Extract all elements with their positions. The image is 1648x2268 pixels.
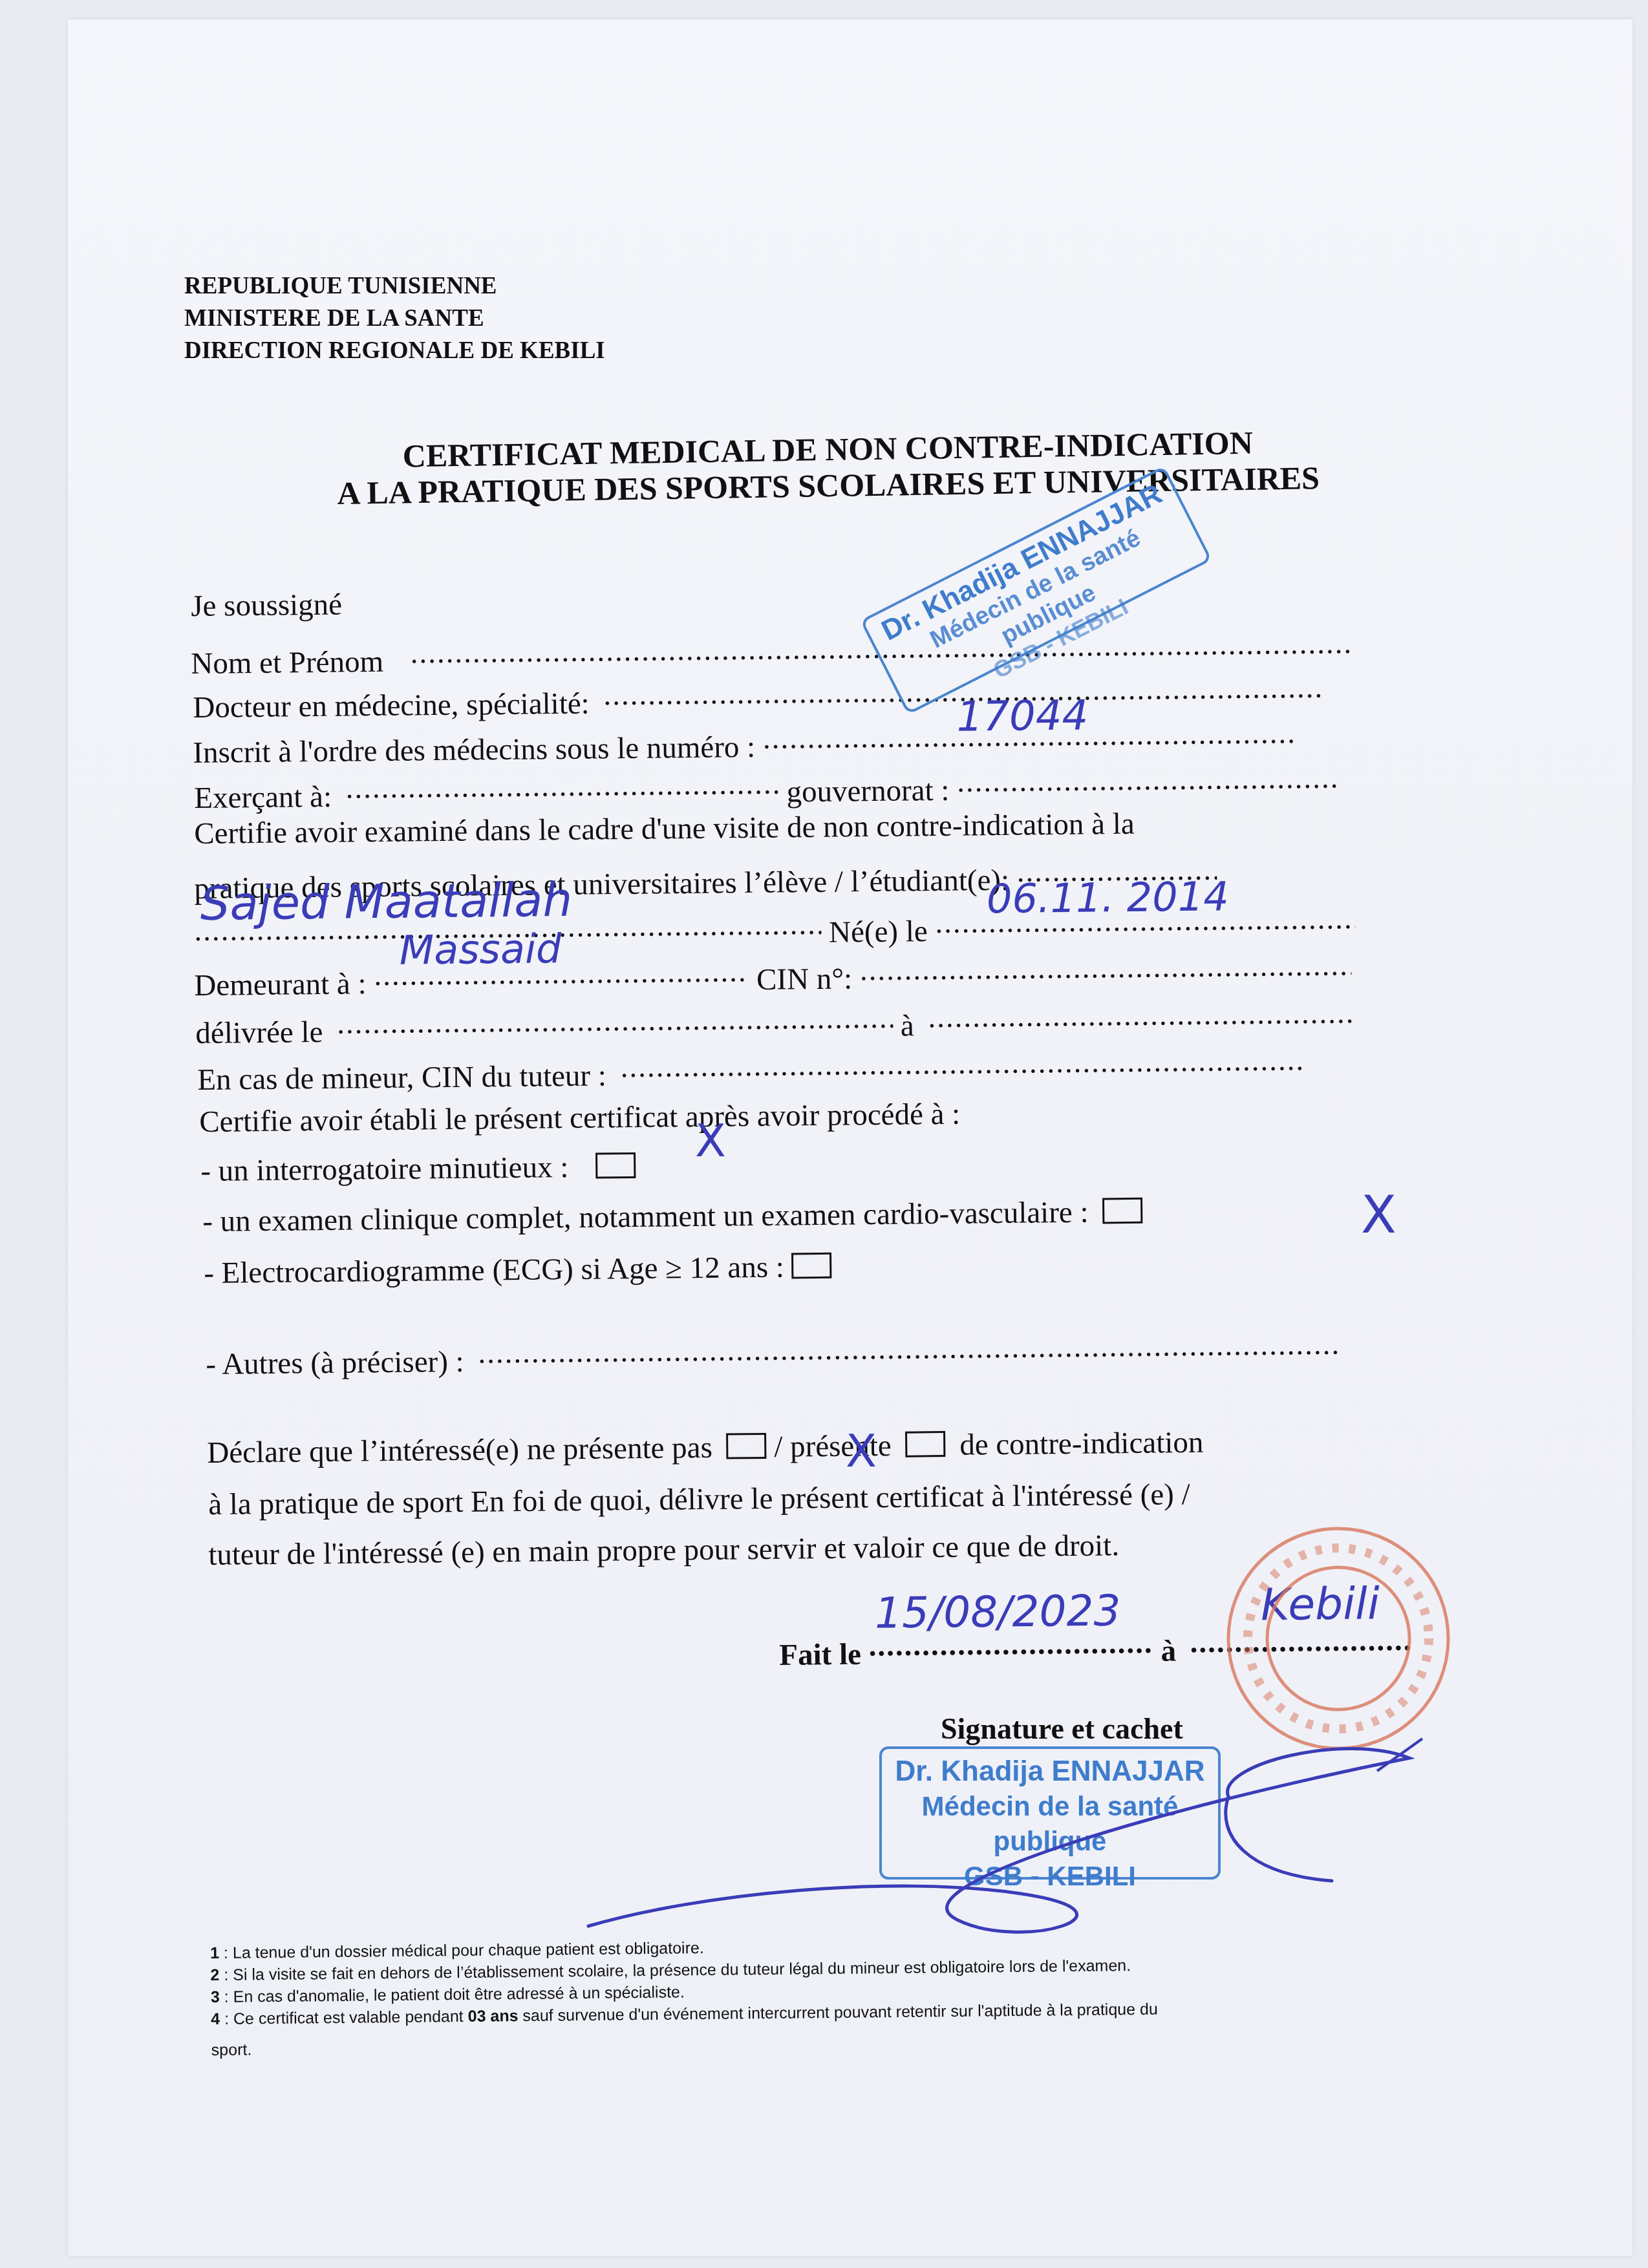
cin-label: CIN n°:	[756, 962, 853, 997]
gouvernorat-label: gouvernorat :	[786, 774, 949, 809]
ne-presente-pas-checkbox[interactable]	[726, 1433, 766, 1459]
declare-prefix: Déclare que l’intéressé(e) ne présente p…	[207, 1431, 712, 1470]
interrogatoire-checkbox[interactable]	[595, 1152, 636, 1179]
demeurant-value: Massaid	[400, 931, 562, 969]
je-soussigne: Je soussigné	[191, 587, 342, 624]
presente-checkbox[interactable]	[905, 1431, 945, 1457]
ne-presente-pas-checkmark-icon: X	[846, 1428, 877, 1474]
declare-suffix: de contre-indication	[959, 1426, 1204, 1462]
autres-label: - Autres (à préciser) :	[206, 1345, 464, 1381]
ne-le-label: Né(e) le	[829, 915, 928, 949]
interrogatoire-label: - un interrogatoire minutieux :	[200, 1150, 569, 1188]
nom-prenom-label: Nom et Prénom	[191, 645, 383, 681]
ordre-label: Inscrit à l'ordre des médecins sous le n…	[193, 730, 755, 770]
ne-le-value: 06.11. 2014	[987, 878, 1229, 917]
ecg-checkbox[interactable]	[791, 1253, 831, 1279]
doctor-signature-icon	[569, 1680, 1474, 1952]
header-republic: REPUBLIQUE TUNISIENNE	[184, 270, 605, 302]
ecg-label: - Electrocardiogramme (ECG) si Age ≥ 12 …	[204, 1251, 784, 1290]
exercant-input[interactable]	[345, 766, 779, 807]
ne-le-input[interactable]: 06.11. 2014	[935, 900, 1356, 949]
exercant-label: Exerçant à:	[194, 780, 332, 815]
specialite-label: Docteur en médecine, spécialité:	[193, 687, 590, 725]
header-direction: DIRECTION REGIONALE DE KEBILI	[184, 335, 605, 367]
ordre-input[interactable]: 17044	[763, 715, 1294, 765]
fait-le-input[interactable]: 15/08/2023	[868, 1625, 1153, 1673]
fait-a-label: à	[1161, 1635, 1176, 1668]
interrogatoire-checkmark-icon: X	[695, 1118, 726, 1163]
tuteur-label: En cas de mineur, CIN du tuteur :	[197, 1059, 606, 1097]
tuteur-input[interactable]	[620, 1042, 1306, 1085]
delivree-a-input[interactable]	[928, 995, 1355, 1035]
demeurant-label: Demeurant à :	[194, 967, 367, 1002]
delivree-input[interactable]	[337, 1000, 894, 1042]
header-ministry: MINISTERE DE LA SANTE	[184, 302, 605, 335]
fait-le-value: 15/08/2023	[875, 1593, 1121, 1631]
check-interrogatoire: - un interrogatoire minutieux :	[200, 1149, 636, 1189]
delivree-a-label: à	[901, 1009, 914, 1043]
delivree-label: délivrée le	[195, 1015, 323, 1050]
ordre-value: 17044	[956, 697, 1088, 735]
fait-le-label: Fait le	[779, 1638, 861, 1672]
footnotes: 1 : La tenue d'un dossier médical pour c…	[210, 1933, 1158, 2061]
examen-clinique-checkbox[interactable]	[1102, 1198, 1142, 1224]
eleve-name-value: Sajed Maatallah	[200, 882, 573, 922]
check-ecg: - Electrocardiogramme (ECG) si Age ≥ 12 …	[204, 1249, 832, 1291]
issuer-header: REPUBLIQUE TUNISIENNE MINISTERE DE LA SA…	[184, 270, 605, 367]
examen-clinique-checkmark-icon: X	[1361, 1189, 1397, 1241]
cin-input[interactable]	[859, 947, 1351, 988]
gouvernorat-input[interactable]	[957, 759, 1339, 800]
demeurant-input[interactable]: Massaid	[374, 953, 749, 1002]
